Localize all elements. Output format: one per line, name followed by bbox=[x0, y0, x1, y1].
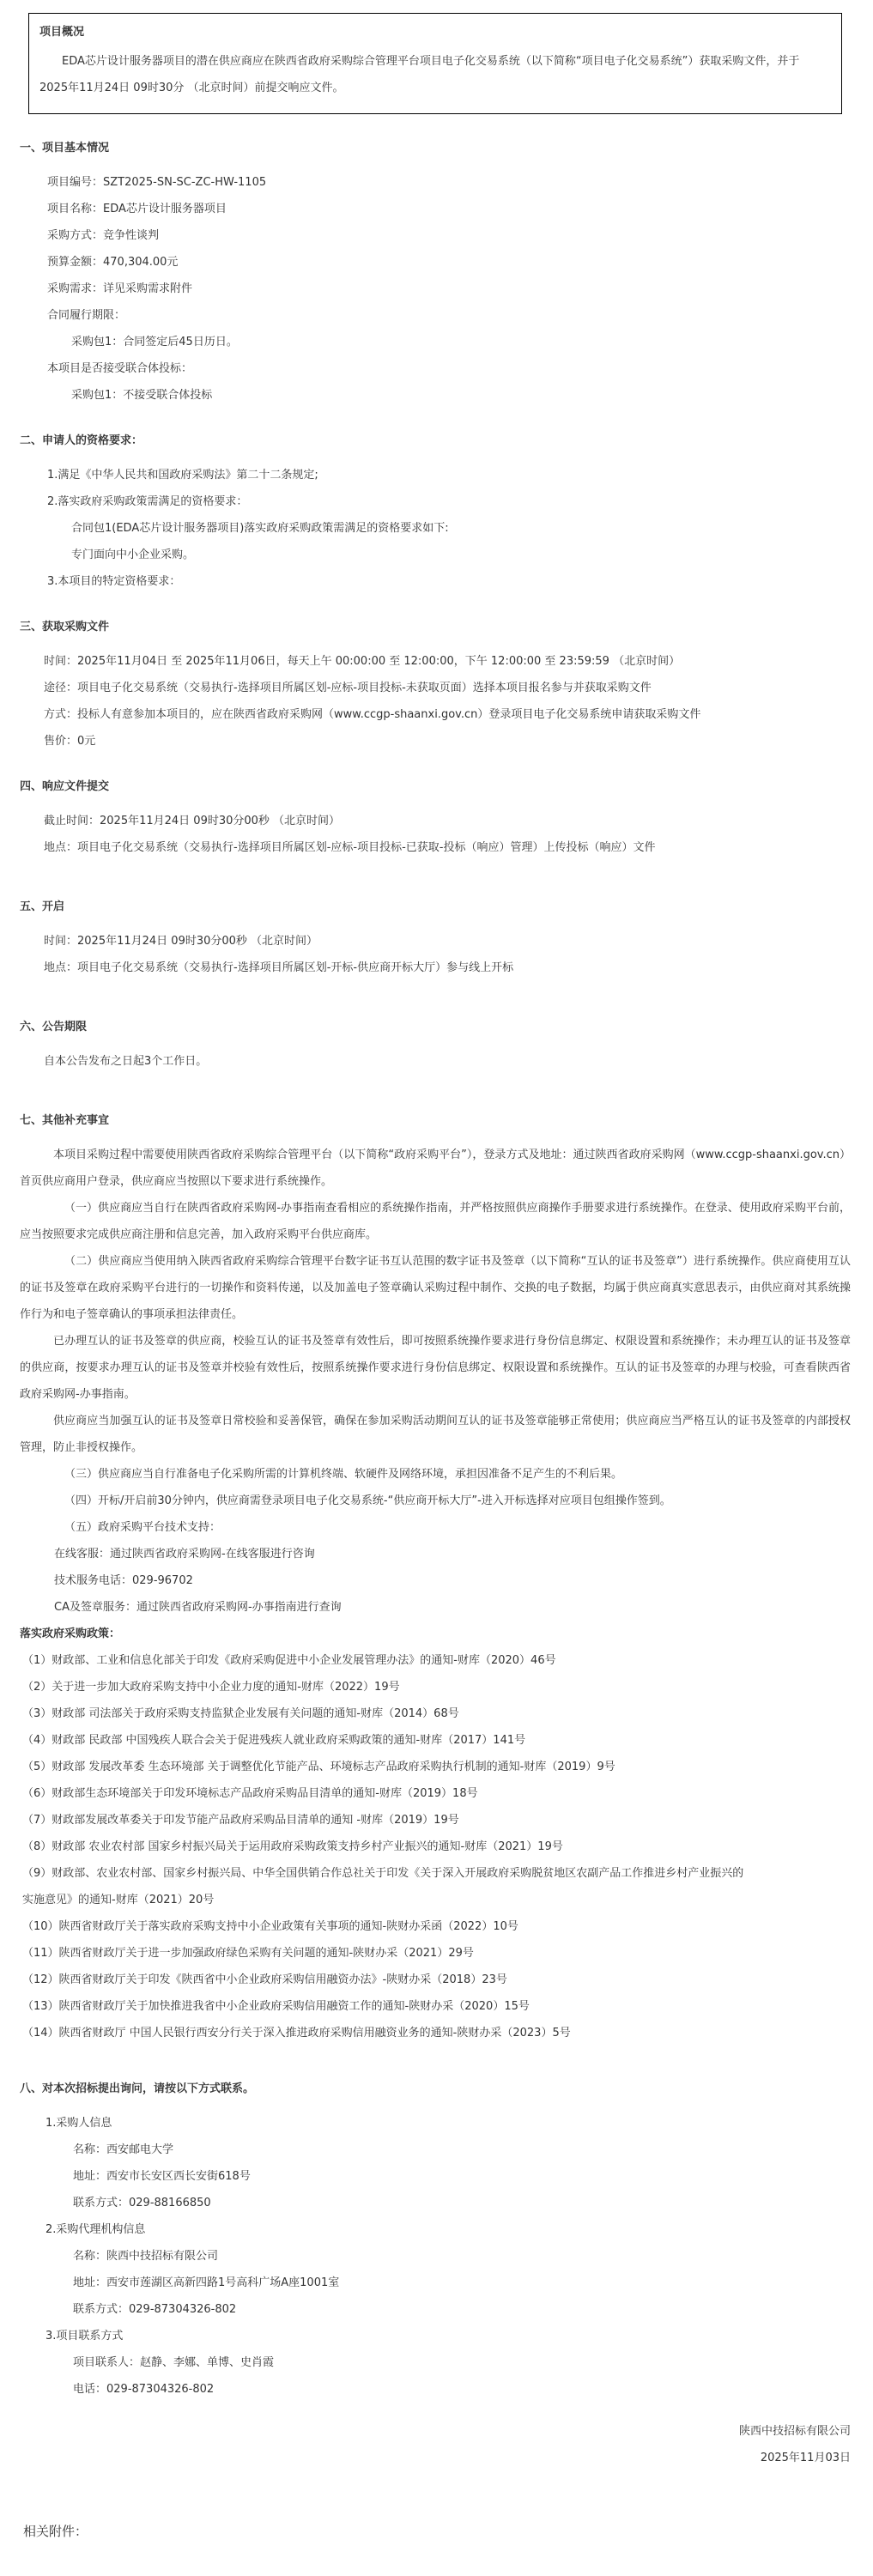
supplement-p3: 已办理互认的证书及签章的供应商，校验互认的证书及签章有效性后，即可按照系统操作要… bbox=[20, 1328, 851, 1408]
policy-item: （13）陕西省财政厅关于加快推进我省中小企业政府采购信用融资工作的通知-陕财办采… bbox=[20, 1993, 851, 2020]
agency-name: 名称：陕西中技招标有限公司 bbox=[20, 2243, 851, 2270]
section-1-title: 一、项目基本情况 bbox=[20, 140, 851, 157]
policy-item: （2）关于进一步加大政府采购支持中小企业力度的通知-财库（2022）19号 bbox=[20, 1674, 851, 1700]
project-contact-label: 3.项目联系方式 bbox=[20, 2323, 851, 2349]
consortium-package: 采购包1：不接受联合体投标 bbox=[20, 382, 851, 409]
supplement-p5: （三）供应商应当自行准备电子化采购所需的计算机终端、软硬件及网络环境，承担因准备… bbox=[20, 1461, 851, 1488]
supplement-p4: 供应商应当加强互认的证书及签章日常校验和妥善保管，确保在参加采购活动期间互认的证… bbox=[20, 1408, 851, 1461]
announcement-page: 项目概况 EDA芯片设计服务器项目的潜在供应商应在陕西省政府采购综合管理平台项目… bbox=[0, 0, 873, 2576]
overview-text: EDA芯片设计服务器项目的潜在供应商应在陕西省政府采购综合管理平台项目电子化交易… bbox=[39, 48, 831, 101]
section-4-title: 四、响应文件提交 bbox=[20, 779, 851, 796]
qualification-2-detail: 专门面向中小企业采购。 bbox=[20, 542, 851, 568]
obtain-time: 时间：2025年11月04日 至 2025年11月06日，每天上午 00:00:… bbox=[20, 648, 851, 675]
attachments-label: 相关附件： bbox=[20, 2521, 851, 2542]
section-3-title: 三、获取采购文件 bbox=[20, 619, 851, 636]
buyer-address: 地址：西安市长安区西长安街618号 bbox=[20, 2163, 851, 2190]
policy-title: 落实政府采购政策： bbox=[20, 1621, 851, 1647]
section-7-title: 七、其他补充事宜 bbox=[20, 1112, 851, 1130]
opening-time: 时间：2025年11月24日 09时30分00秒 （北京时间） bbox=[20, 928, 851, 955]
supplement-p2: （二）供应商应当使用纳入陕西省政府采购综合管理平台数字证书互认范围的数字证书及签… bbox=[20, 1248, 851, 1328]
announcement-period: 自本公告发布之日起3个工作日。 bbox=[20, 1048, 851, 1075]
consortium-label: 本项目是否接受联合体投标： bbox=[20, 355, 851, 382]
opening-location: 地点：项目电子化交易系统（交易执行-选择项目所属区划-开标-供应商开标大厅）参与… bbox=[20, 955, 851, 981]
project-contact-persons: 项目联系人：赵静、李娜、单博、史肖霞 bbox=[20, 2349, 851, 2376]
policy-item: （7）财政部发展改革委关于印发节能产品政府采购品目清单的通知 -财库（2019）… bbox=[20, 1807, 851, 1834]
tech-phone: 技术服务电话：029-96702 bbox=[20, 1567, 851, 1594]
submission-deadline: 截止时间：2025年11月24日 09时30分00秒 （北京时间） bbox=[20, 808, 851, 834]
procurement-method: 采购方式：竞争性谈判 bbox=[20, 222, 851, 249]
obtain-price: 售价：0元 bbox=[20, 728, 851, 755]
policy-item: （6）财政部生态环境部关于印发环境标志产品政府采购品目清单的通知-财库（2019… bbox=[20, 1780, 851, 1807]
procurement-demand: 采购需求：详见采购需求附件 bbox=[20, 276, 851, 302]
qualification-3: 3.本项目的特定资格要求： bbox=[20, 568, 851, 595]
contract-period-label: 合同履行期限： bbox=[20, 302, 851, 329]
supplement-intro: 本项目采购过程中需要使用陕西省政府采购综合管理平台（以下简称“政府采购平台”），… bbox=[20, 1142, 851, 1195]
agency-phone: 联系方式：029-87304326-802 bbox=[20, 2296, 851, 2323]
policy-item: （11）陕西省财政厅关于进一步加强政府绿色采购有关问题的通知-陕财办采（2021… bbox=[20, 1940, 851, 1967]
policy-item: （8）财政部 农业农村部 国家乡村振兴局关于运用政府采购政策支持乡村产业振兴的通… bbox=[20, 1834, 851, 1860]
policy-item: （10）陕西省财政厅关于落实政府采购支持中小企业政策有关事项的通知-陕财办采函（… bbox=[20, 1913, 851, 1940]
signature-date: 2025年11月03日 bbox=[20, 2445, 851, 2471]
buyer-name: 名称：西安邮电大学 bbox=[20, 2137, 851, 2163]
supplement-p7: （五）政府采购平台技术支持： bbox=[20, 1514, 851, 1541]
qualification-2: 2.落实政府采购政策需满足的资格要求： bbox=[20, 488, 851, 515]
online-service: 在线客服：通过陕西省政府采购网-在线客服进行咨询 bbox=[20, 1541, 851, 1567]
policy-item: （14）陕西省财政厅 中国人民银行西安分行关于深入推进政府采购信用融资业务的通知… bbox=[20, 2020, 851, 2046]
supplement-p6: （四）开标/开启前30分钟内，供应商需登录项目电子化交易系统-“供应商开标大厅”… bbox=[20, 1488, 851, 1514]
section-5-title: 五、开启 bbox=[20, 899, 851, 916]
policy-item: （9）财政部、农业农村部、国家乡村振兴局、中华全国供销合作总社关于印发《关于深入… bbox=[20, 1860, 851, 1913]
agency-info-label: 2.采购代理机构信息 bbox=[20, 2216, 851, 2243]
section-2-title: 二、申请人的资格要求： bbox=[20, 433, 851, 450]
section-8-title: 八、对本次招标提出询问，请按以下方式联系。 bbox=[20, 2081, 851, 2098]
obtain-route: 途径：项目电子化交易系统（交易执行-选择项目所属区划-应标-项目投标-未获取页面… bbox=[20, 675, 851, 701]
overview-title: 项目概况 bbox=[39, 24, 831, 41]
budget-amount: 预算金额：470,304.00元 bbox=[20, 249, 851, 276]
policy-item: （4）财政部 民政部 中国残疾人联合会关于促进残疾人就业政府采购政策的通知-财库… bbox=[20, 1727, 851, 1754]
ca-service: CA及签章服务：通过陕西省政府采购网-办事指南进行查询 bbox=[20, 1594, 851, 1621]
signature-company: 陕西中技招标有限公司 bbox=[20, 2418, 851, 2445]
policy-item: （1）财政部、工业和信息化部关于印发《政府采购促进中小企业发展管理办法》的通知-… bbox=[20, 1647, 851, 1674]
project-overview-box: 项目概况 EDA芯片设计服务器项目的潜在供应商应在陕西省政府采购综合管理平台项目… bbox=[28, 13, 842, 114]
supplement-p1: （一）供应商应当自行在陕西省政府采购网-办事指南查看相应的系统操作指南，并严格按… bbox=[20, 1195, 851, 1248]
qualification-1: 1.满足《中华人民共和国政府采购法》第二十二条规定; bbox=[20, 462, 851, 488]
obtain-way: 方式：投标人有意参加本项目的，应在陕西省政府采购网（www.ccgp-shaan… bbox=[20, 701, 851, 728]
submission-location: 地点：项目电子化交易系统（交易执行-选择项目所属区划-应标-项目投标-已获取-投… bbox=[20, 834, 851, 861]
section-6-title: 六、公告期限 bbox=[20, 1019, 851, 1036]
project-name: 项目名称：EDA芯片设计服务器项目 bbox=[20, 196, 851, 222]
contract-period-package: 采购包1：合同签定后45日历日。 bbox=[20, 329, 851, 355]
agency-address: 地址：西安市莲湖区高新四路1号高科广场A座1001室 bbox=[20, 2270, 851, 2296]
project-contact-phone: 电话：029-87304326-802 bbox=[20, 2376, 851, 2403]
policy-item: （5）财政部 发展改革委 生态环境部 关于调整优化节能产品、环境标志产品政府采购… bbox=[20, 1754, 851, 1780]
project-number: 项目编号：SZT2025-SN-SC-ZC-HW-1105 bbox=[20, 169, 851, 196]
qualification-2-package: 合同包1(EDA芯片设计服务器项目)落实政府采购政策需满足的资格要求如下: bbox=[20, 515, 851, 542]
signature-block: 陕西中技招标有限公司 2025年11月03日 bbox=[20, 2418, 851, 2471]
buyer-info-label: 1.采购人信息 bbox=[20, 2110, 851, 2137]
policy-item: （12）陕西省财政厅关于印发《陕西省中小企业政府采购信用融资办法》-陕财办采（2… bbox=[20, 1967, 851, 1993]
policy-item: （3）财政部 司法部关于政府采购支持监狱企业发展有关问题的通知-财库（2014）… bbox=[20, 1700, 851, 1727]
buyer-phone: 联系方式：029-88166850 bbox=[20, 2190, 851, 2216]
